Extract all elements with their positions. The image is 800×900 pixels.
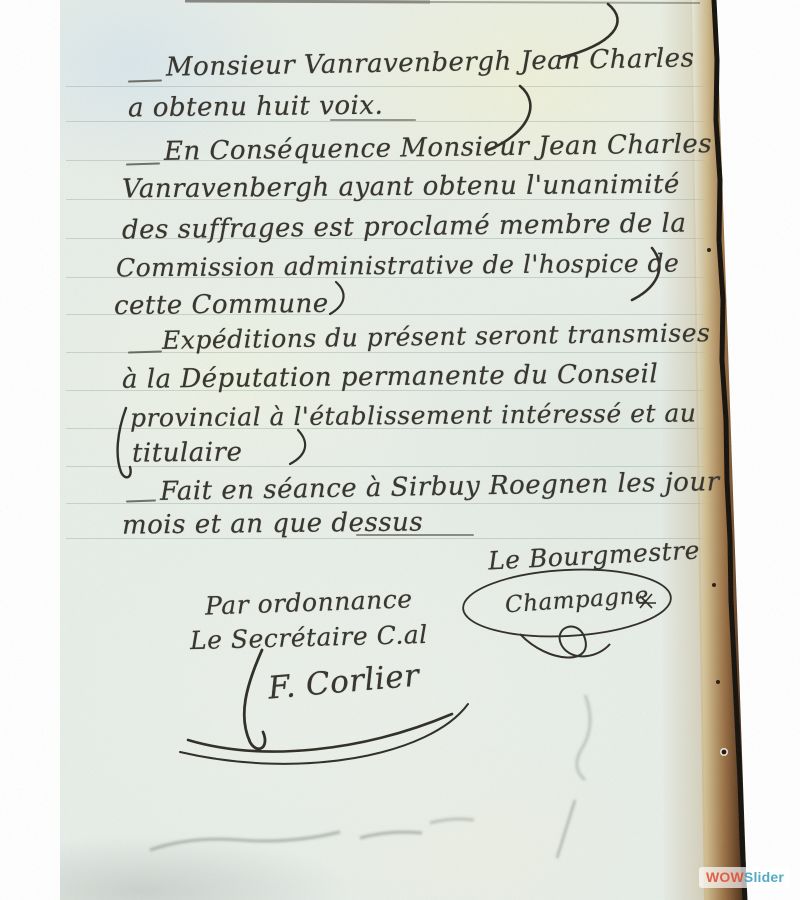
manuscript-line: Vanravenbergh ayant obtenu l'unanimité	[122, 170, 680, 205]
manuscript-line: a obtenu huit voix.	[128, 91, 384, 124]
secretary-title: Le Secrétaire C.al	[190, 620, 428, 655]
wowslider-watermark[interactable]: WOWSlider	[699, 867, 791, 888]
manuscript-line: Commission administrative de l'hospice d…	[116, 249, 680, 283]
ruled-line	[66, 86, 714, 87]
manuscript-line: à la Députation permanente du Conseil	[122, 359, 659, 395]
manuscript-line: cette Commune	[114, 289, 329, 321]
watermark-slider-text[interactable]: Slider	[744, 869, 784, 885]
manuscript-line: titulaire	[132, 437, 243, 468]
watermark-wow-text[interactable]: WOW	[706, 869, 744, 885]
manuscript-line: mois et an que dessus	[122, 507, 423, 540]
manuscript-line: provincial à l'établissement intéressé e…	[130, 399, 697, 433]
